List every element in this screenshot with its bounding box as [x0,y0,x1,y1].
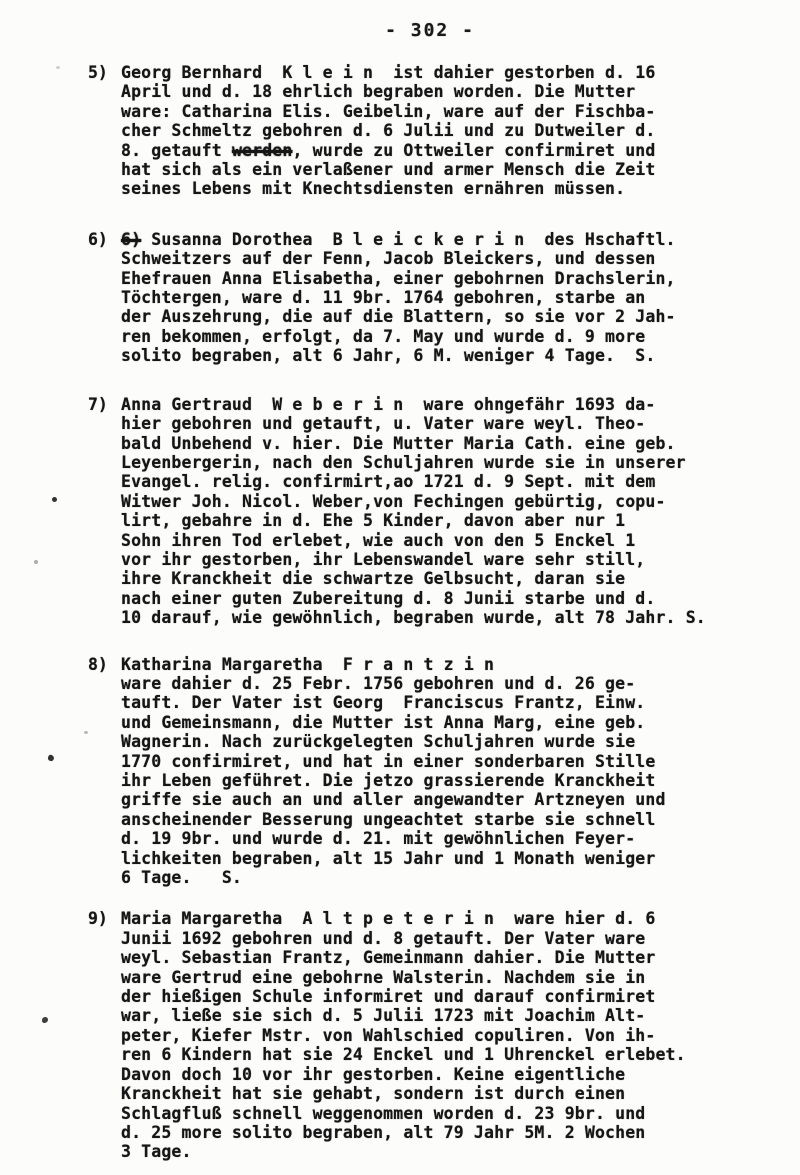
text-line: hat sich als ein verlaßener und armer Me… [121,160,770,179]
entry-number: 9) [88,909,121,928]
text-line: und Gemeinsmann, die Mutter ist Anna Mar… [121,713,770,732]
text-line: Leyenbergerin, nach den Schuljahren wurd… [121,453,770,472]
ink-speck [34,560,38,564]
entry-text: Maria Margaretha A l t p e t e r i n war… [121,909,770,1161]
entry-number: 6) [88,230,121,249]
register-entry: 6)6) Susanna Dorothea B l e i c k e r i … [88,230,770,366]
entry-text: Anna Gertraud W e b e r i n ware ohngefä… [121,395,770,628]
text-line: d. 25 more solito begraben, alt 79 Jahr … [121,1123,770,1142]
text-line: solito begraben, alt 6 Jahr, 6 M. wenige… [121,346,770,365]
text-line: ren bekommen, erfolgt, da 7. May und wur… [121,327,770,346]
entry-text: Katharina Margaretha F r a n t z i nware… [121,655,770,888]
entry-number: 5) [88,63,121,82]
text-line: der Auszehrung, die auf die Blattern, so… [121,307,770,326]
text-line: ihre Kranckheit die schwartze Gelbsucht,… [121,569,770,588]
register-entry: 9)Maria Margaretha A l t p e t e r i n w… [88,909,770,1161]
text-line: 3 Tage. [121,1142,770,1161]
text-line: 6 Tage. S. [121,868,770,887]
text-line: Ehefrauen Anna Elisabetha, einer gebohrn… [121,269,770,288]
text-line: lirt, gebahre in d. Ehe 5 Kinder, davon … [121,511,770,530]
text-line: anscheinender Besserung ungeachtet starb… [121,810,770,829]
text-line: Maria Margaretha A l t p e t e r i n war… [121,909,770,928]
text-line: cher Schmeltz gebohren d. 6 Julii und zu… [121,121,770,140]
text-line: ren 6 Kindern hat sie 24 Enckel und 1 Uh… [121,1045,770,1064]
text-line: Junii 1692 gebohren und d. 8 getauft. De… [121,929,770,948]
text-line: ware: Catharina Elis. Geibelin, ware auf… [121,102,770,121]
register-entry: 5)Georg Bernhard K l e i n ist dahier ge… [88,63,770,199]
text-line: 1770 confirmiret, und hat in einer sonde… [121,752,770,771]
struck-text: werden [232,141,293,160]
text-line: bald Unbehend v. hier. Die Mutter Maria … [121,434,770,453]
text-line: tauft. Der Vater ist Georg Franciscus Fr… [121,693,770,712]
text-line: hier gebohren und getauft, u. Vater ware… [121,414,770,433]
struck-text: 6) [121,230,141,249]
scanned-document-page: - 302 - 5)Georg Bernhard K l e i n ist d… [0,0,800,1175]
register-entry: 8)Katharina Margaretha F r a n t z i nwa… [88,655,770,888]
text-line: seines Lebens mit Knechtsdiensten ernähr… [121,179,770,198]
text-line: Georg Bernhard K l e i n ist dahier gest… [121,63,770,82]
text-line: d. 19 9br. und wurde d. 21. mit gewöhnli… [121,829,770,848]
text-line: ihr Leben geführet. Die jetzo grassieren… [121,771,770,790]
page-number: - 302 - [30,0,800,41]
text-line: ware dahier d. 25 Febr. 1756 gebohren un… [121,674,770,693]
text-line: Wagnerin. Nach zurückgelegten Schuljahre… [121,732,770,751]
entry-text: Georg Bernhard K l e i n ist dahier gest… [121,63,770,199]
text-line: weyl. Sebastian Frantz, Gemeinmann dahie… [121,948,770,967]
text-line: ware Gertrud eine gebohrne Walsterin. Na… [121,968,770,987]
entry-number: 8) [88,655,121,674]
text-line: Anna Gertraud W e b e r i n ware ohngefä… [121,395,770,414]
text-line: 8. getauft werden, wurde zu Ottweiler co… [121,141,770,160]
text-line: war, ließe sie sich d. 5 Julii 1723 mit … [121,1006,770,1025]
text-line: Katharina Margaretha F r a n t z i n [121,655,770,674]
ink-speck [52,497,57,502]
entries-list: 5)Georg Bernhard K l e i n ist dahier ge… [0,63,800,1162]
text-line: nach einer guten Zubereitung d. 8 Junii … [121,589,770,608]
text-line: Evangel. relig. confirmirt,ao 1721 d. 9 … [121,472,770,491]
text-line: peter, Kiefer Mstr. von Wahlschied copul… [121,1026,770,1045]
text-line: April und d. 18 ehrlich begraben worden.… [121,82,770,101]
text-line: Kranckheit hat sie gehabt, sondern ist d… [121,1084,770,1103]
text-line: 6) Susanna Dorothea B l e i c k e r i n … [121,230,770,249]
text-line: Davon doch 10 vor ihr gestorben. Keine e… [121,1065,770,1084]
entry-number: 7) [88,395,121,414]
text-line: Sohn ihren Tod erlebet, wie auch von den… [121,531,770,550]
text-line: Schweitzers auf der Fenn, Jacob Bleicker… [121,249,770,268]
text-line: vor ihr gestorben, ihr Lebenswandel ware… [121,550,770,569]
text-line: der hießigen Schule informiret und darau… [121,987,770,1006]
text-line: Witwer Joh. Nicol. Weber,von Fechingen g… [121,492,770,511]
text-line: Töchtergen, ware d. 11 9br. 1764 gebohre… [121,288,770,307]
text-line: griffe sie auch an und aller angewandter… [121,790,770,809]
ink-speck [84,731,88,734]
text-line: 10 darauf, wie gewöhnlich, begraben wurd… [121,608,770,627]
text-line: lichkeiten begraben, alt 15 Jahr und 1 M… [121,849,770,868]
text-line: Schlagfluß schnell weggenommen worden d.… [121,1104,770,1123]
entry-text: 6) Susanna Dorothea B l e i c k e r i n … [121,230,770,366]
register-entry: 7)Anna Gertraud W e b e r i n ware ohnge… [88,395,770,628]
ink-speck [56,66,60,69]
